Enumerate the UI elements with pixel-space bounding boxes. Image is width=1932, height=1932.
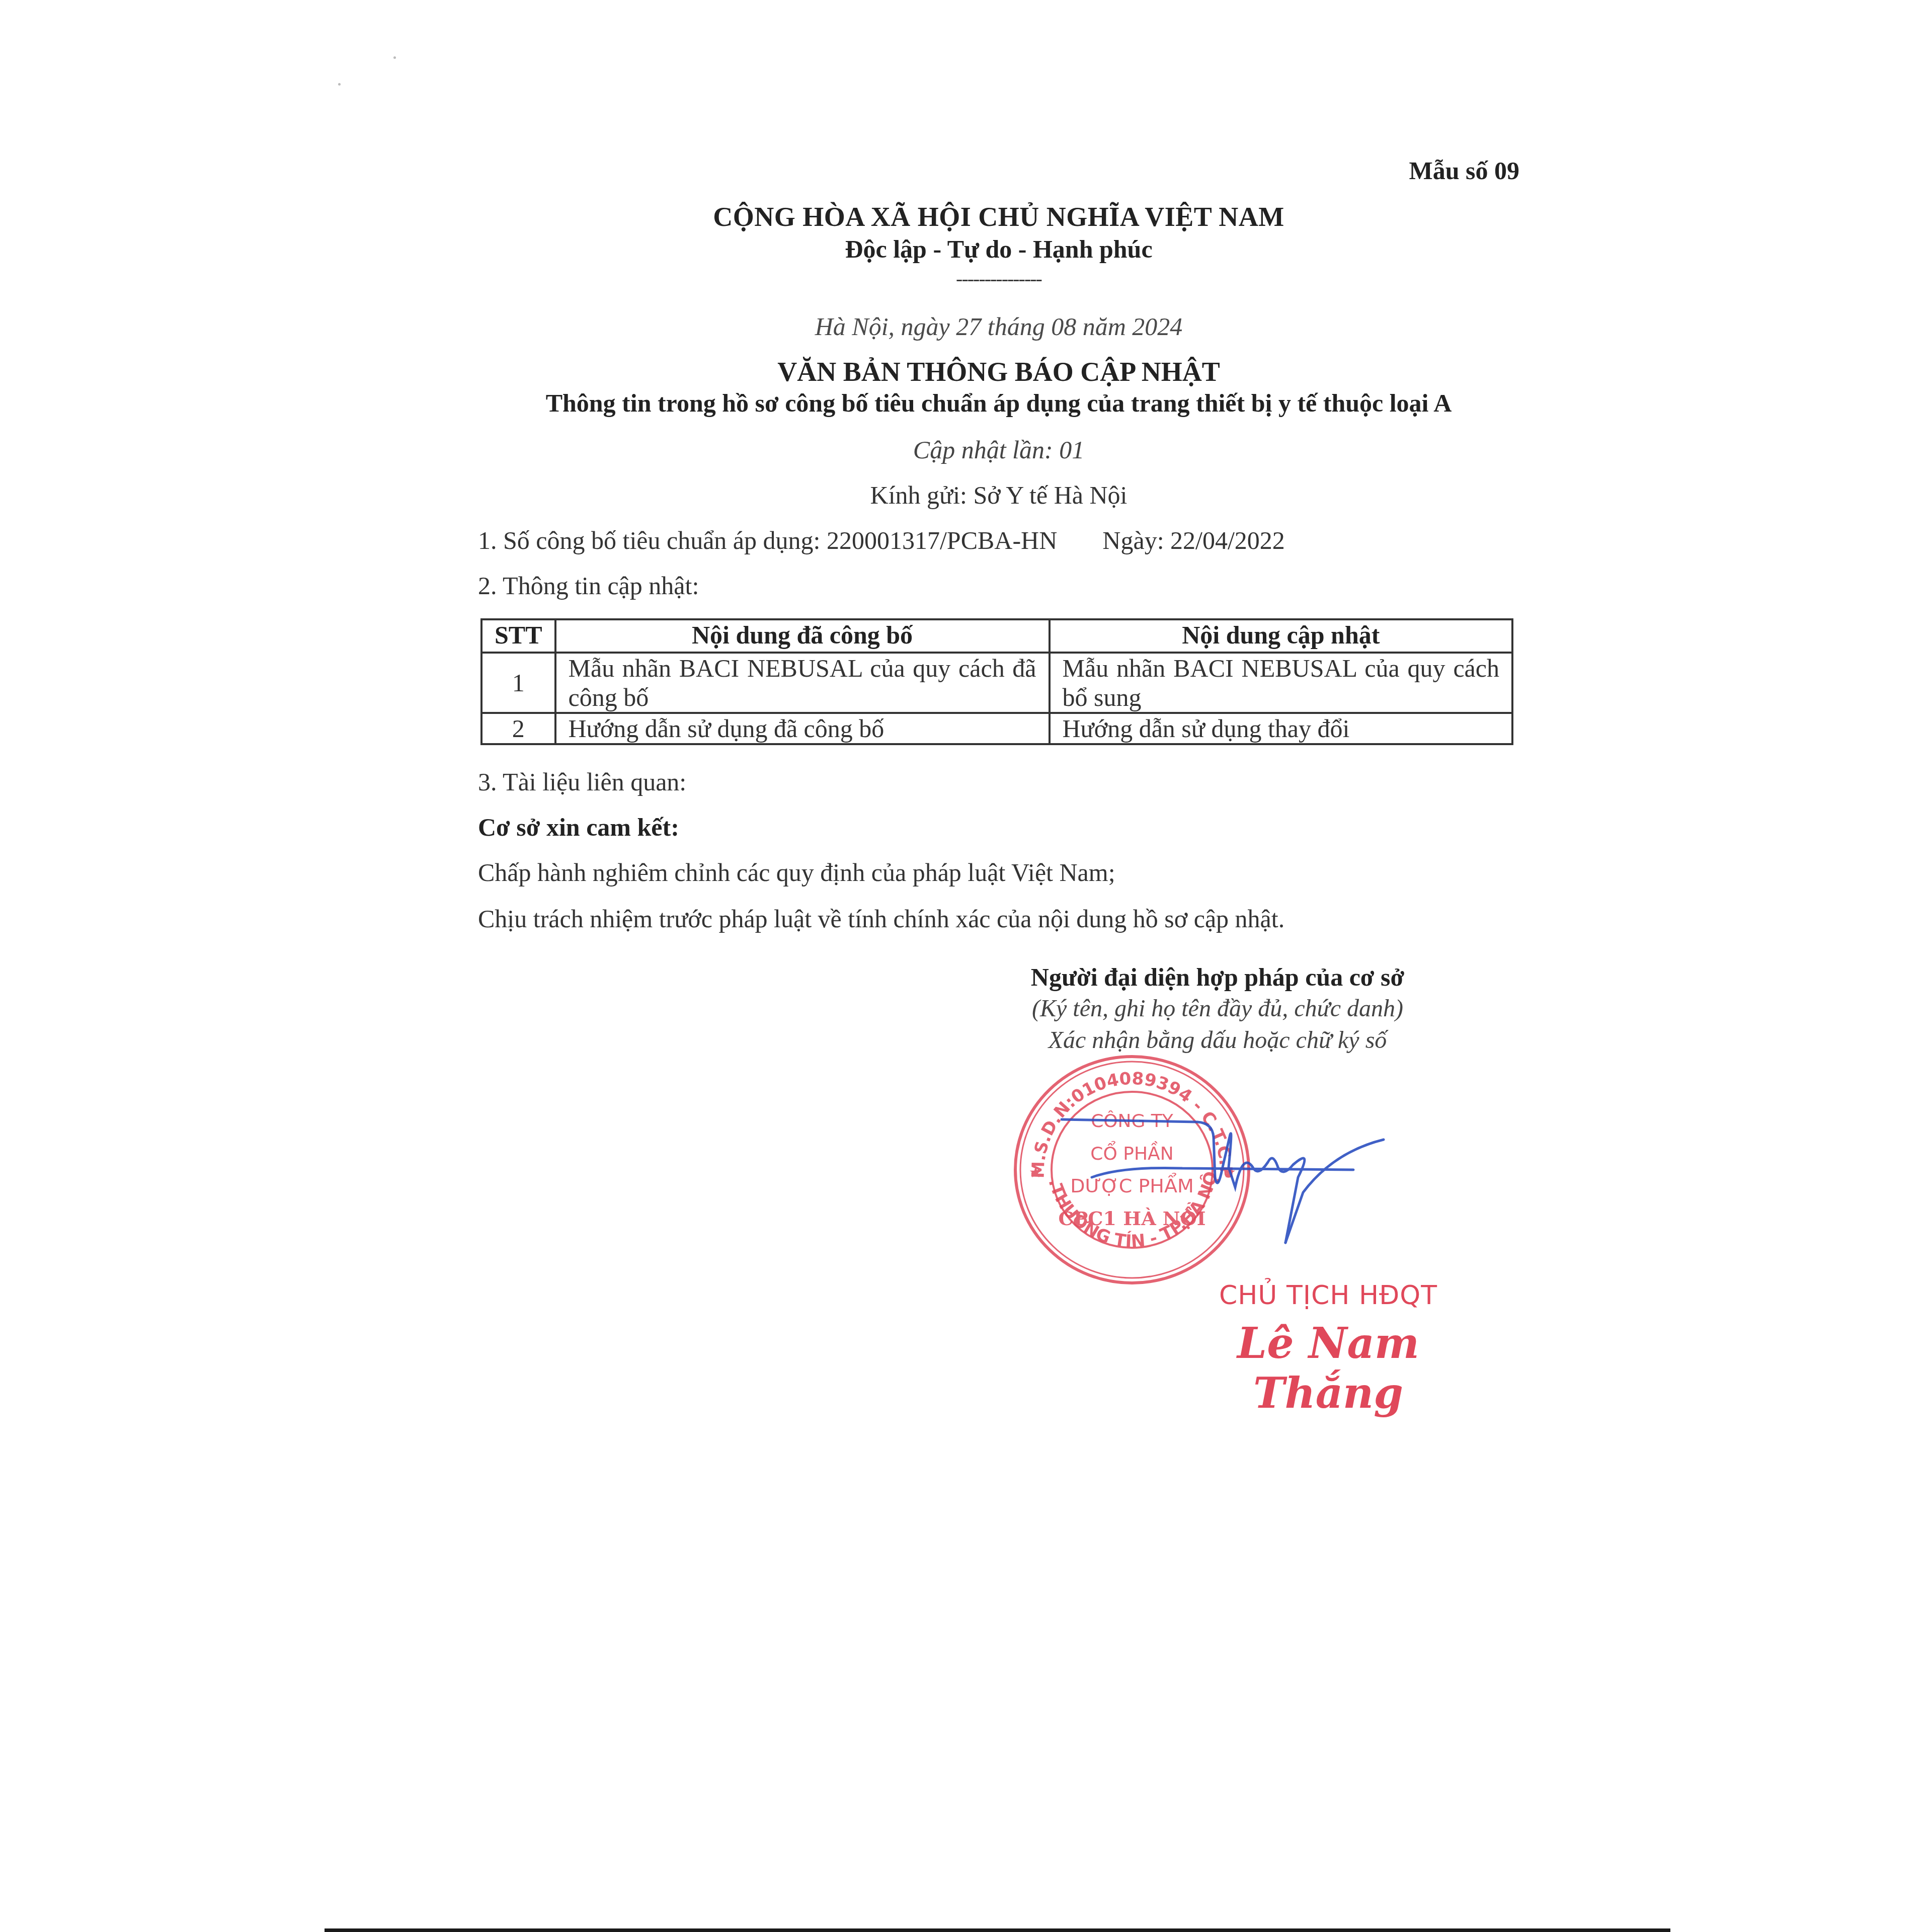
update-number: Cập nhật lần: 01 bbox=[503, 435, 1494, 464]
form-number: Mẫu số 09 bbox=[1358, 156, 1519, 185]
row-updated: Hướng dẫn sử dụng thay đổi bbox=[1050, 713, 1512, 744]
standard-number: 1. Số công bố tiêu chuẩn áp dụng: 220001… bbox=[478, 526, 1057, 554]
recipient: Kính gửi: Sở Y tế Hà Nội bbox=[503, 480, 1494, 510]
svg-text:CPC1 HÀ NỘI: CPC1 HÀ NỘI bbox=[1059, 1206, 1206, 1230]
signature-note: Xác nhận bằng dấu hoặc chữ ký số bbox=[996, 1026, 1439, 1054]
commitment-heading: Cơ sở xin cam kết: bbox=[478, 813, 1535, 842]
section-2-label: 2. Thông tin cập nhật: bbox=[478, 571, 1535, 600]
nation-heading: CỘNG HÒA XÃ HỘI CHỦ NGHĨA VIỆT NAM bbox=[503, 201, 1494, 232]
signature-heading: Người đại diện hợp pháp của cơ sở bbox=[996, 962, 1439, 992]
signer-name: Lê Nam Thắng bbox=[1177, 1318, 1479, 1418]
signer-title: CHỦ TỊCH HĐQT bbox=[1218, 1280, 1439, 1311]
row-stt: 1 bbox=[481, 653, 555, 713]
row-stt: 2 bbox=[481, 713, 555, 744]
header-separator: --------------- bbox=[926, 267, 1072, 290]
svg-text:DƯỢC PHẨM: DƯỢC PHẨM bbox=[1070, 1173, 1193, 1197]
table-row: 2 Hướng dẫn sử dụng đã công bố Hướng dẫn… bbox=[481, 713, 1512, 744]
svg-text:★: ★ bbox=[1029, 1164, 1042, 1181]
section-1: 1. Số công bố tiêu chuẩn áp dụng: 220001… bbox=[478, 526, 1535, 555]
update-table: STT Nội dung đã công bố Nội dung cập nhậ… bbox=[480, 618, 1513, 745]
place-date: Hà Nội, ngày 27 tháng 08 năm 2024 bbox=[503, 312, 1494, 341]
signature-note: (Ký tên, ghi họ tên đầy đủ, chức danh) bbox=[996, 995, 1439, 1022]
company-stamp: M.S.D.N:0104089394 - C.T.C.P H.THƯỜNG TÍ… bbox=[1009, 1052, 1255, 1288]
table-header-row: STT Nội dung đã công bố Nội dung cập nhậ… bbox=[481, 619, 1512, 653]
stamp-icon: M.S.D.N:0104089394 - C.T.C.P H.THƯỜNG TÍ… bbox=[1009, 1052, 1255, 1288]
row-published: Hướng dẫn sử dụng đã công bố bbox=[555, 713, 1050, 744]
section-3-label: 3. Tài liệu liên quan: bbox=[478, 767, 1535, 796]
national-motto: Độc lập - Tự do - Hạnh phúc bbox=[503, 234, 1494, 264]
svg-text:★: ★ bbox=[1223, 1164, 1236, 1181]
svg-text:CỔ PHẦN: CỔ PHẦN bbox=[1090, 1141, 1173, 1164]
document-subtitle: Thông tin trong hồ sơ công bố tiêu chuẩn… bbox=[453, 388, 1545, 418]
svg-text:CÔNG TY: CÔNG TY bbox=[1091, 1110, 1174, 1132]
scan-edge-bar bbox=[325, 1928, 1670, 1932]
commitment-item: Chịu trách nhiệm trước pháp luật về tính… bbox=[478, 904, 1535, 933]
header-stt: STT bbox=[481, 619, 555, 653]
row-published: Mẫu nhãn BACI NEBUSAL của quy cách đã cô… bbox=[555, 653, 1050, 713]
scan-speck bbox=[338, 83, 341, 86]
commitment-item: Chấp hành nghiêm chỉnh các quy định của … bbox=[478, 858, 1535, 887]
document-title: VĂN BẢN THÔNG BÁO CẬP NHẬT bbox=[503, 356, 1494, 387]
header-published: Nội dung đã công bố bbox=[555, 619, 1050, 653]
header-updated: Nội dung cập nhật bbox=[1050, 619, 1512, 653]
row-updated: Mẫu nhãn BACI NEBUSAL của quy cách bổ su… bbox=[1050, 653, 1512, 713]
table-row: 1 Mẫu nhãn BACI NEBUSAL của quy cách đã … bbox=[481, 653, 1512, 713]
standard-date: Ngày: 22/04/2022 bbox=[1102, 526, 1284, 554]
scan-speck bbox=[393, 56, 396, 59]
